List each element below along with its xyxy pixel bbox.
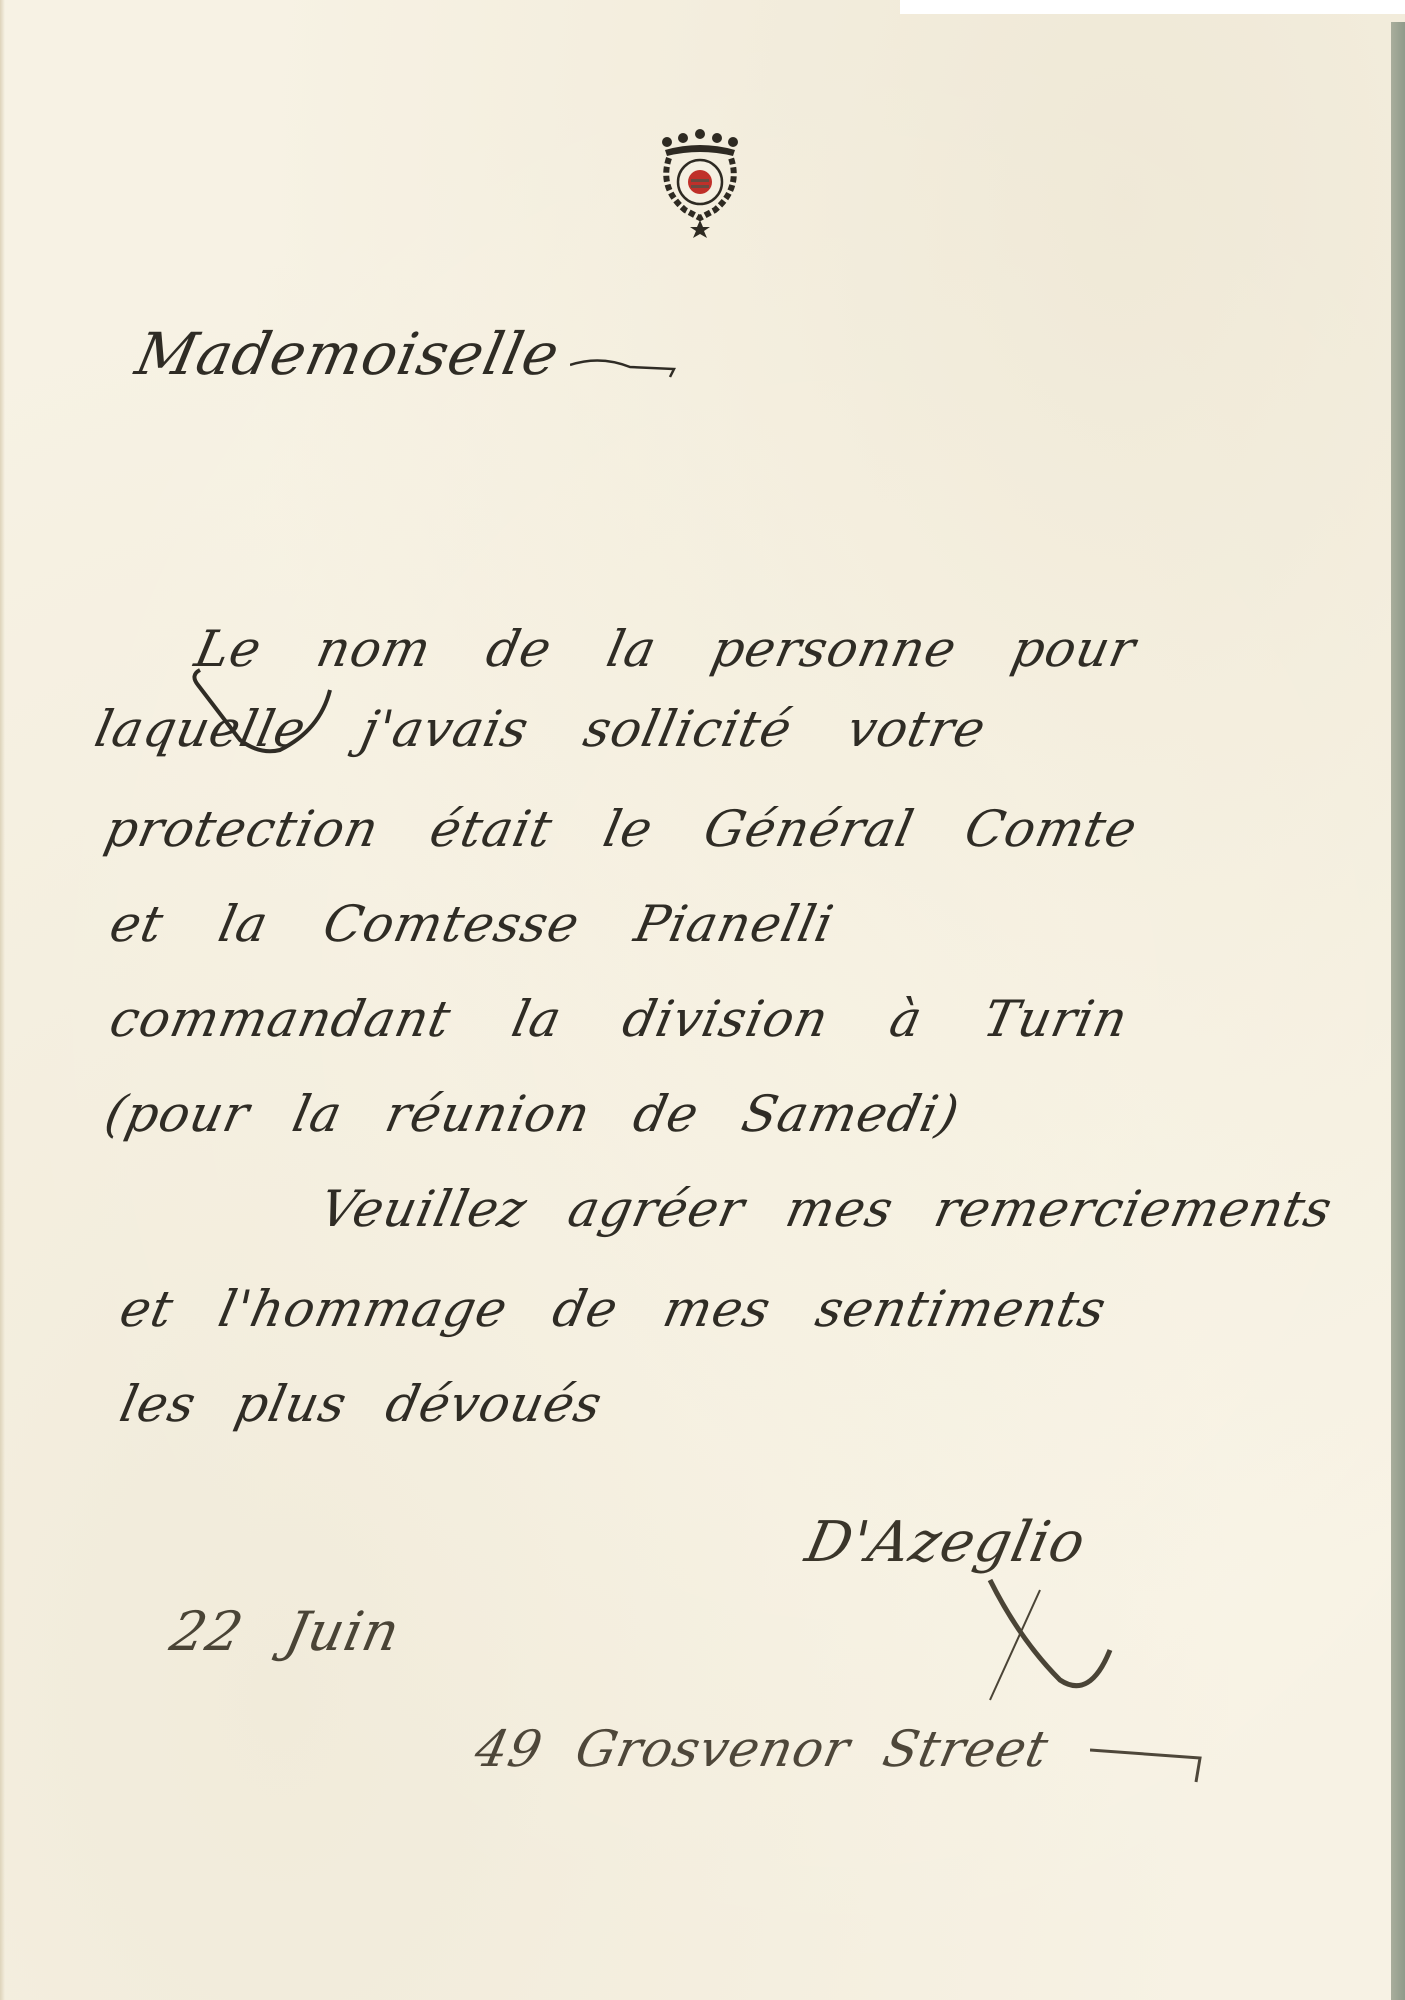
scan-edge-right [1391, 22, 1405, 2000]
initial-flourish [180, 630, 380, 760]
paper-edge-left [0, 0, 5, 2000]
salutation: Mademoiselle [130, 320, 566, 388]
body-line-9: les plus dévoués [115, 1375, 608, 1433]
scan-margin-top [900, 0, 1405, 14]
body-line-6: (pour la réunion de Samedi) [100, 1085, 965, 1143]
salutation-flourish [570, 355, 680, 385]
sender-address: 49 Grosvenor Street [470, 1720, 1054, 1778]
letter-page: Mademoiselle Le nom de la personne pour … [0, 0, 1405, 2000]
body-line-4: et la Comtesse Pianelli [105, 895, 839, 953]
body-line-7: Veuillez agréer mes remerciements [315, 1180, 1338, 1238]
letter-date: 22 Juin [165, 1600, 406, 1663]
body-line-5: commandant la division à Turin [105, 990, 1133, 1048]
signature-flourish [960, 1560, 1120, 1710]
body-line-8: et l'hommage de mes sentiments [115, 1280, 1112, 1338]
body-line-3: protection était le Général Comte [100, 800, 1143, 858]
address-flourish [1090, 1740, 1210, 1790]
crest-icon [655, 128, 745, 238]
